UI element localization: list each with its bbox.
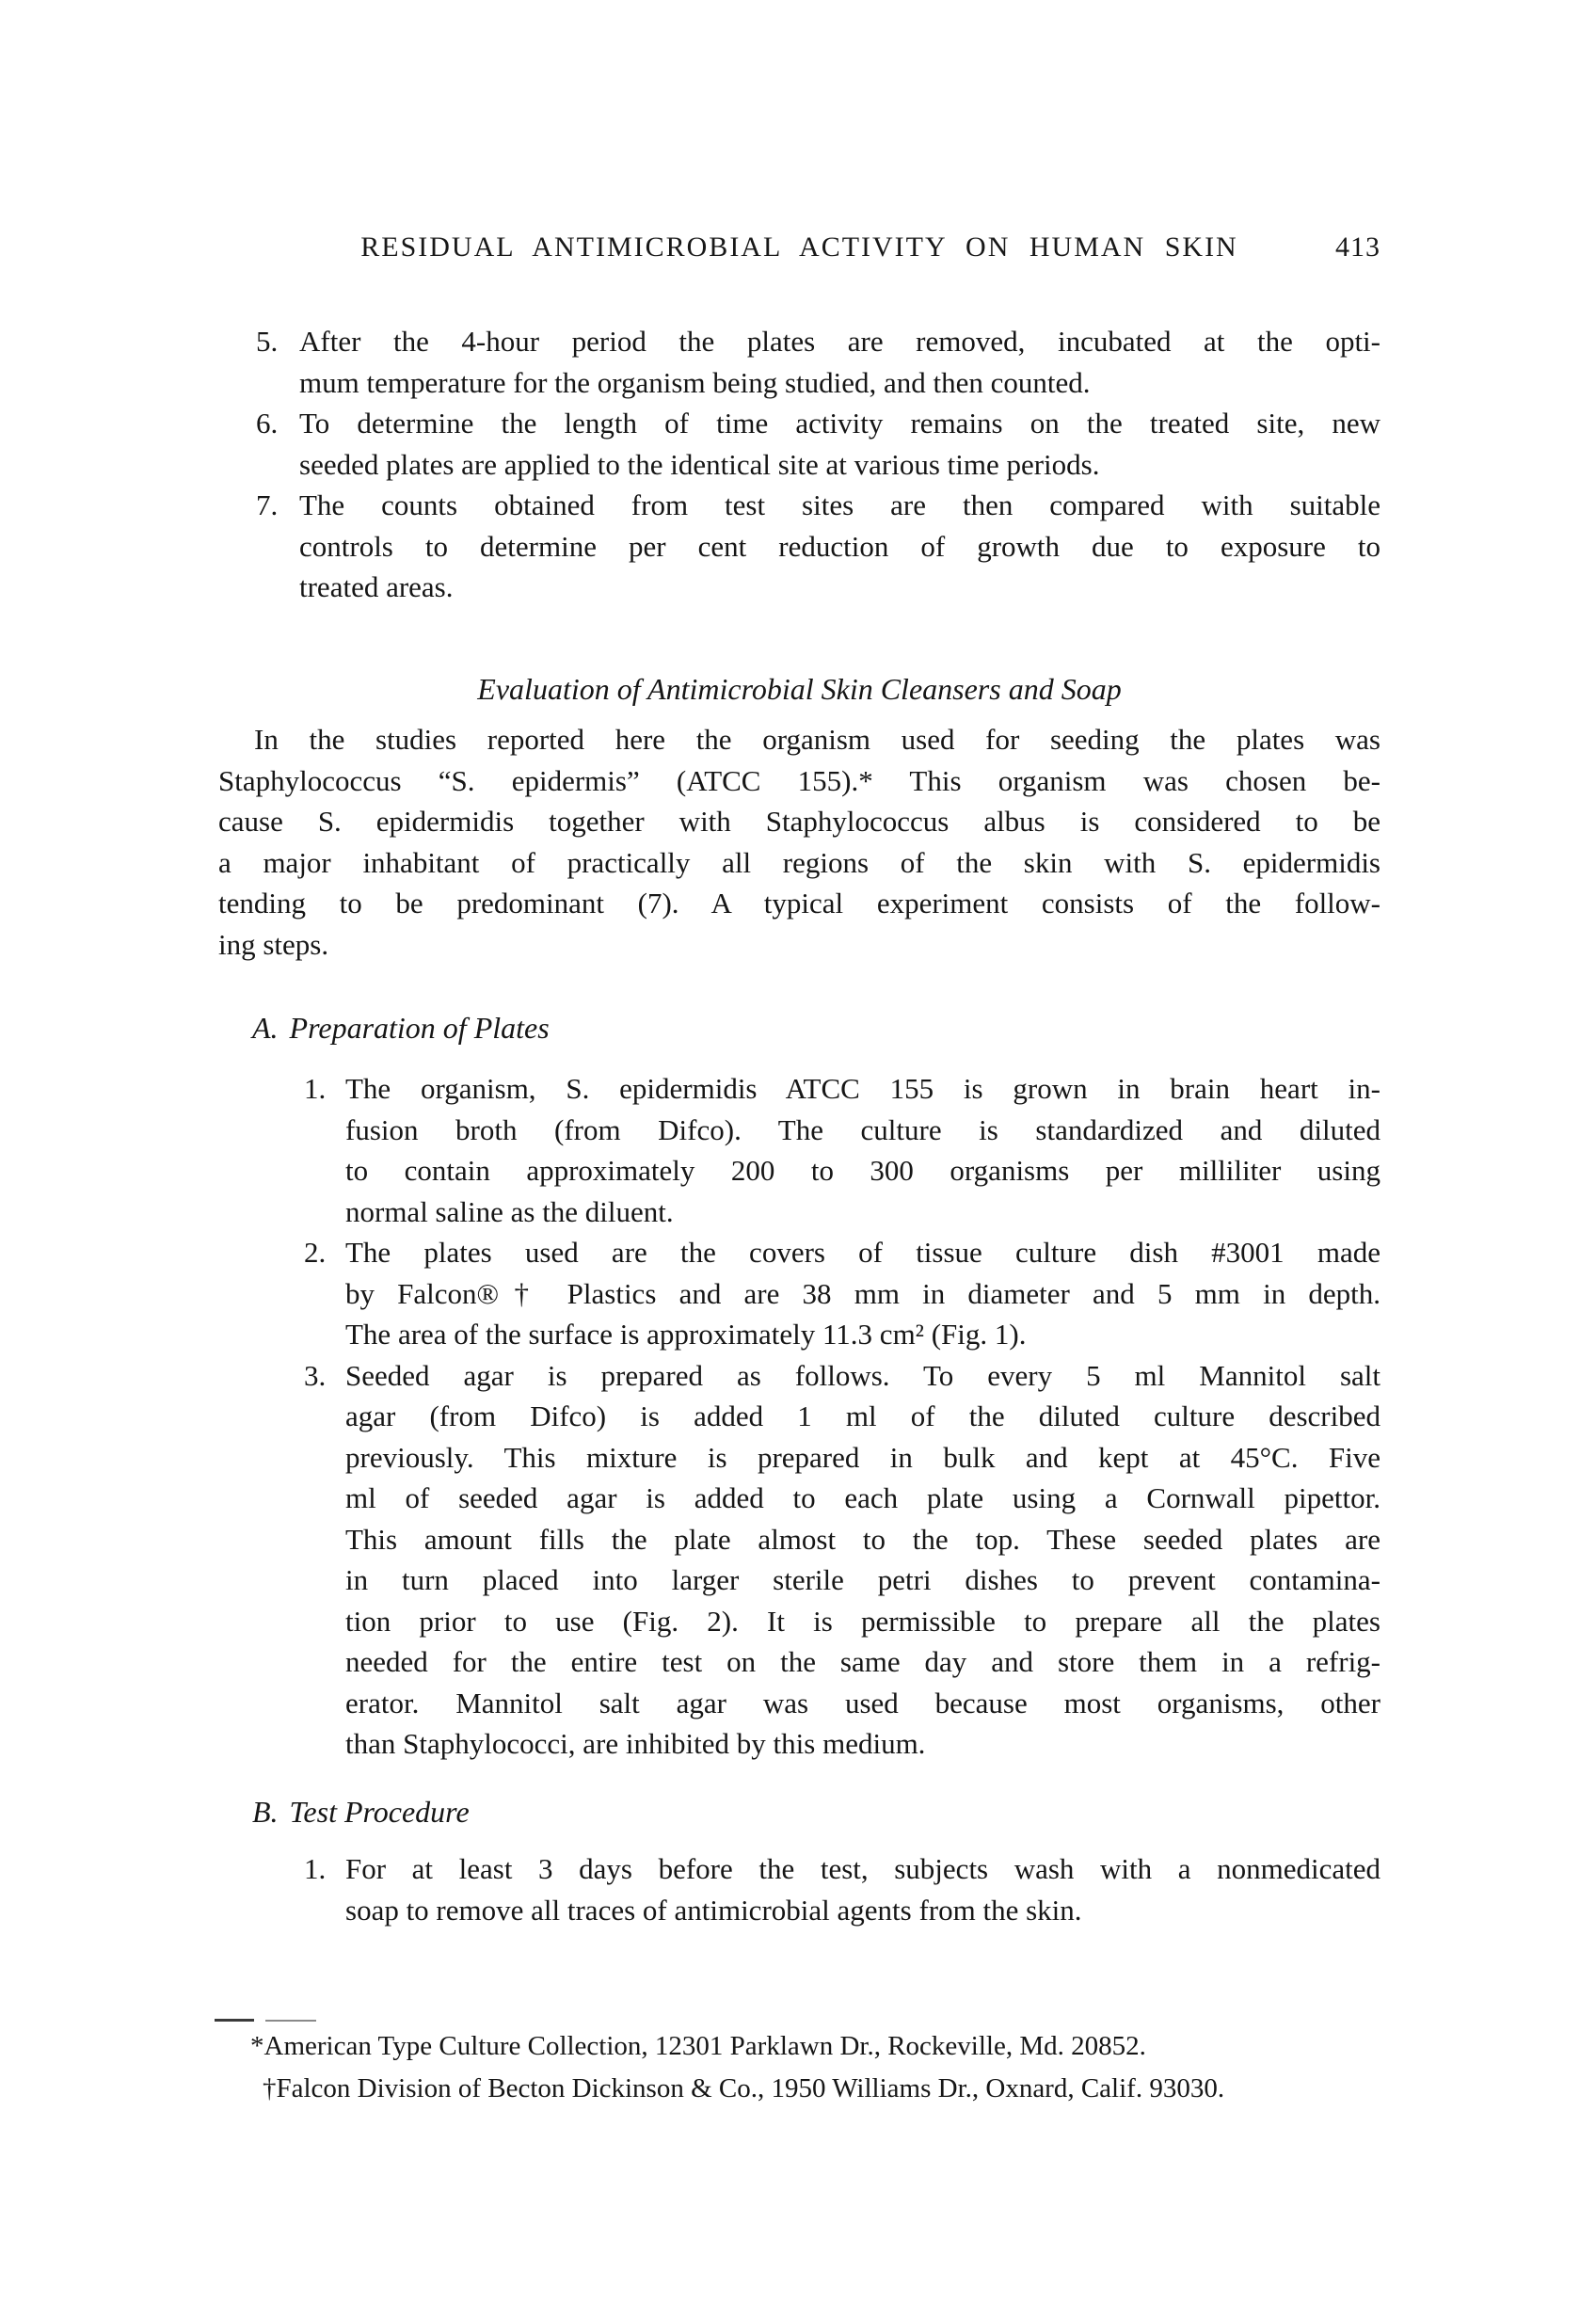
list-item-a3: 3. Seeded agar is prepared as follows. T…: [345, 1355, 1381, 1765]
list-item-a1: 1. The organism, S. epidermidis ATCC 155…: [345, 1068, 1381, 1232]
item-text: To determine the length of time activity…: [299, 403, 1381, 485]
text-line: to contain approximately 200 to 300 orga…: [345, 1150, 1381, 1191]
text-line: The plates used are the covers of tissue…: [345, 1232, 1381, 1273]
text-line: tending to be predominant (7). A typical…: [218, 883, 1381, 924]
item-text: Seeded agar is prepared as follows. To e…: [345, 1355, 1381, 1765]
text-line: controls to determine per cent reduction…: [299, 526, 1381, 568]
text-line: tion prior to use (Fig. 2). It is permis…: [345, 1601, 1381, 1642]
preparation-of-plates-list: 1. The organism, S. epidermidis ATCC 155…: [345, 1068, 1381, 1765]
list-item-5: 5. After the 4-hour period the plates ar…: [299, 321, 1381, 403]
running-header: RESIDUAL ANTIMICROBIAL ACTIVITY ON HUMAN…: [218, 232, 1381, 275]
text-line: The organism, S. epidermidis ATCC 155 is…: [345, 1068, 1381, 1110]
subsection-a-label: A.: [252, 1011, 279, 1045]
item-marker: 5.: [256, 321, 278, 362]
list-item-6: 6. To determine the length of time activ…: [299, 403, 1381, 485]
text-line: seeded plates are applied to the identic…: [299, 444, 1381, 486]
text-line: The area of the surface is approximately…: [345, 1314, 1381, 1355]
subsection-a-title: Preparation of Plates: [290, 1011, 550, 1045]
text-line: in turn placed into larger sterile petri…: [345, 1559, 1381, 1601]
subsection-b-title: Test Procedure: [290, 1795, 470, 1829]
footnotes: *American Type Culture Collection, 12301…: [250, 2025, 1398, 2109]
page-number: 413: [1335, 232, 1381, 264]
page-title: RESIDUAL ANTIMICROBIAL ACTIVITY ON HUMAN…: [360, 232, 1237, 263]
text-line: cause S. epidermidis together with Staph…: [218, 801, 1381, 842]
text-line: For at least 3 days before the test, sub…: [345, 1848, 1381, 1890]
text-line: fusion broth (from Difco). The culture i…: [345, 1110, 1381, 1151]
item-marker: 2.: [304, 1232, 326, 1273]
text-line: by Falcon®† Plastics and are 38 mm in di…: [345, 1273, 1381, 1315]
intro-paragraph: In the studies reported here the organis…: [218, 719, 1381, 965]
subsection-b-heading: B.Test Procedure: [252, 1791, 470, 1832]
item-text: For at least 3 days before the test, sub…: [345, 1848, 1381, 1930]
text-line: mum temperature for the organism being s…: [299, 362, 1381, 404]
subsection-b-label: B.: [252, 1795, 279, 1829]
text-line: agar (from Difco) is added 1 ml of the d…: [345, 1396, 1381, 1437]
footnote-rule-segment: [215, 2019, 254, 2022]
item-marker: 1.: [304, 1068, 326, 1110]
footnote-atcc: *American Type Culture Collection, 12301…: [250, 2025, 1398, 2068]
list-item-b1: 1. For at least 3 days before the test, …: [345, 1848, 1381, 1930]
list-item-a2: 2. The plates used are the covers of tis…: [345, 1232, 1381, 1355]
item-text: The organism, S. epidermidis ATCC 155 is…: [345, 1068, 1381, 1232]
footnote-falcon: †Falcon Division of Becton Dickinson & C…: [250, 2068, 1398, 2110]
text-line: Seeded agar is prepared as follows. To e…: [345, 1355, 1381, 1397]
scanned-book-page: RESIDUAL ANTIMICROBIAL ACTIVITY ON HUMAN…: [0, 0, 1596, 2303]
procedure-list-5-7: 5. After the 4-hour period the plates ar…: [299, 321, 1381, 608]
item-marker: 6.: [256, 403, 278, 444]
text-line: normal saline as the diluent.: [345, 1191, 1381, 1233]
test-procedure-list: 1. For at least 3 days before the test, …: [345, 1848, 1381, 1930]
text-line: Staphylococcus “S. epidermis” (ATCC 155)…: [218, 760, 1381, 802]
text-line: soap to remove all traces of antimicrobi…: [345, 1890, 1381, 1931]
subsection-a-heading: A.Preparation of Plates: [252, 1007, 550, 1048]
text-line: ing steps.: [218, 924, 1381, 966]
footnote-rule-segment: [265, 2020, 316, 2022]
text-line: previously. This mixture is prepared in …: [345, 1437, 1381, 1479]
text-line: This amount fills the plate almost to th…: [345, 1519, 1381, 1560]
list-item-7: 7. The counts obtained from test sites a…: [299, 485, 1381, 608]
text-line: than Staphylococci, are inhibited by thi…: [345, 1723, 1381, 1765]
item-text: After the 4-hour period the plates are r…: [299, 321, 1381, 403]
text-line: After the 4-hour period the plates are r…: [299, 321, 1381, 362]
text-line: To determine the length of time activity…: [299, 403, 1381, 444]
text-line: a major inhabitant of practically all re…: [218, 842, 1381, 884]
item-marker: 3.: [304, 1355, 326, 1397]
item-text: The plates used are the covers of tissue…: [345, 1232, 1381, 1355]
item-marker: 1.: [304, 1848, 326, 1890]
text-line: treated areas.: [299, 567, 1381, 608]
text-line: erator. Mannitol salt agar was used beca…: [345, 1683, 1381, 1724]
item-marker: 7.: [256, 485, 278, 526]
text-line: needed for the entire test on the same d…: [345, 1641, 1381, 1683]
text-line: The counts obtained from test sites are …: [299, 485, 1381, 526]
footnote-rule: [215, 2019, 327, 2023]
text-line: In the studies reported here the organis…: [218, 719, 1381, 760]
text-line: ml of seeded agar is added to each plate…: [345, 1478, 1381, 1519]
item-text: The counts obtained from test sites are …: [299, 485, 1381, 608]
section-heading: Evaluation of Antimicrobial Skin Cleanse…: [218, 668, 1381, 710]
